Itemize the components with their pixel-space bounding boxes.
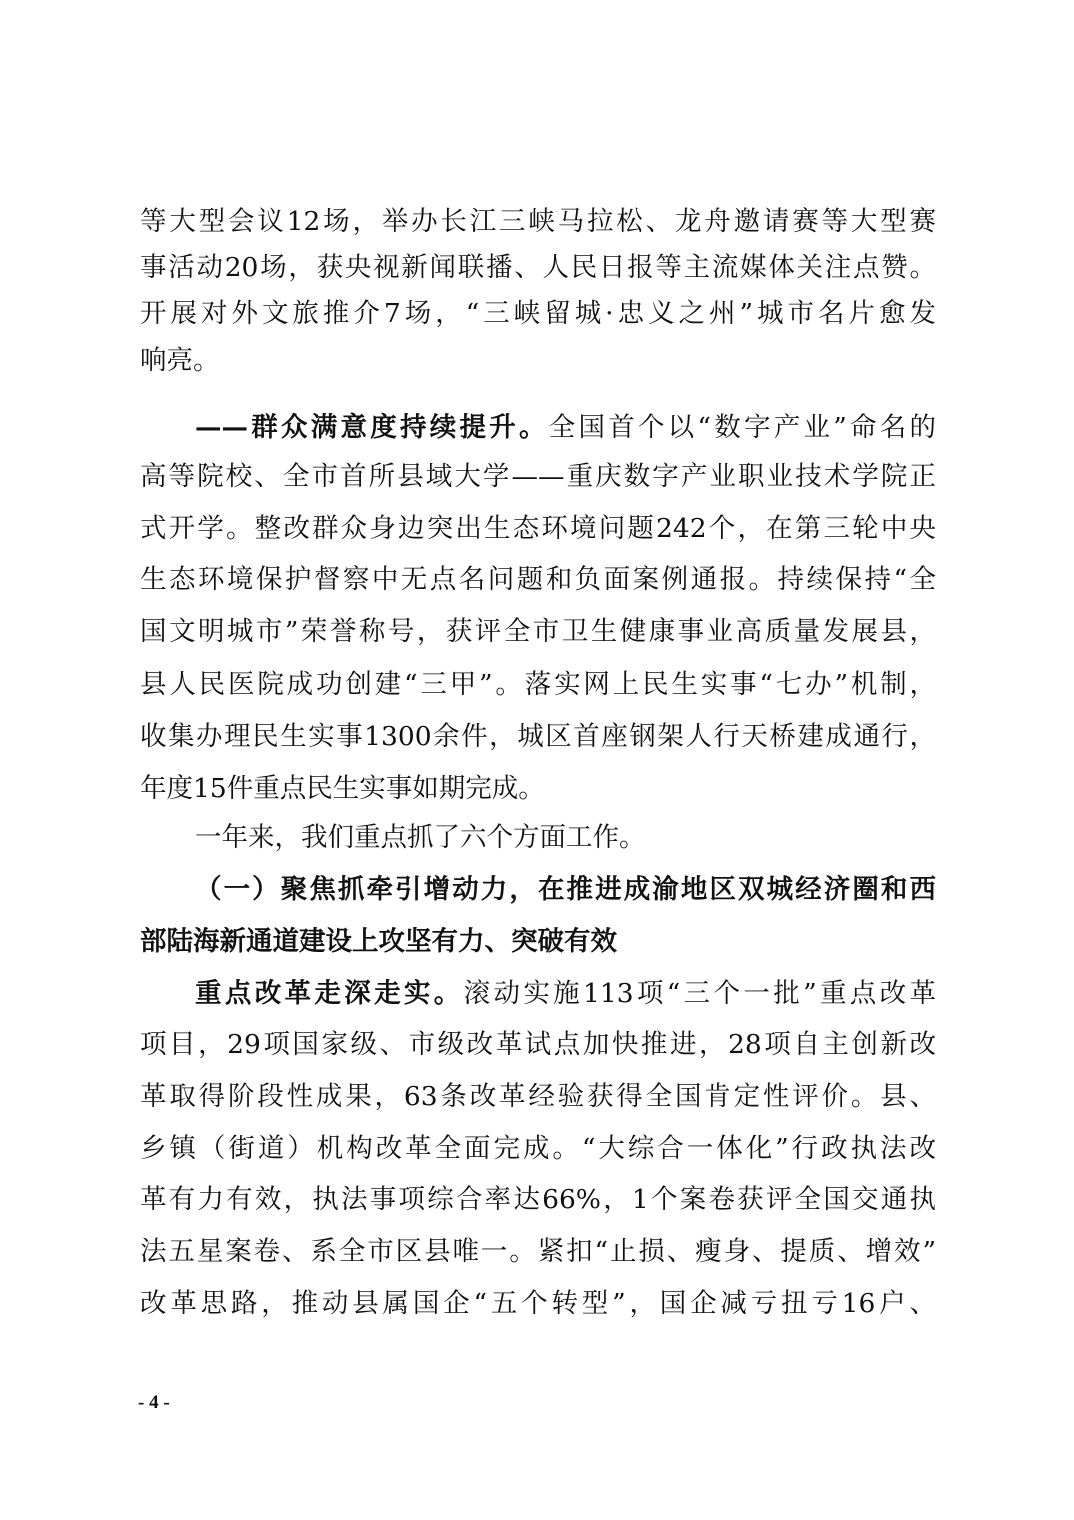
text-line: 法五星案卷、系全市区县唯一。紧扣“止损、瘦身、提质、增效” [140,1237,936,1267]
text-line: 县人民医院成功创建“三甲”。落实网上民生实事“七办”机制， [140,670,936,700]
text-line: 生态环境保护督察中无点名问题和负面案例通报。持续保持“全 [140,565,936,595]
bold-lead: ——群众满意度持续提升。 [195,412,549,443]
text-line: 开展对外文旅推介7场，“三峡留城·忠义之州”城市名片愈发 [140,299,936,329]
text-line: 事活动20场，获央视新闻联播、人民日报等主流媒体关注点赞。 [140,253,936,283]
text-line: 式开学。整改群众身边突出生态环境问题242个，在第三轮中央 [140,514,936,544]
text-line: 国文明城市”荣誉称号，获评全市卫生健康事业高质量发展县， [140,617,936,647]
text-line: 项目，29项国家级、市级改革试点加快推进，28项自主创新改 [140,1030,936,1060]
text-line: 革取得阶段性成果，63条改革经验获得全国肯定性评价。县、 [140,1082,936,1112]
section-heading: 部陆海新通道建设上攻坚有力、突破有效 [140,927,936,957]
section-heading: （一）聚焦抓牵引增动力，在推进成渝地区双城经济圈和西 [195,875,936,905]
text-line: 一年来，我们重点抓了六个方面工作。 [195,823,936,853]
lead-rest: 滚动实施113项“三个一批”重点改革 [464,978,936,1009]
lead-rest: 全国首个以“数字产业”命名的 [549,412,936,443]
text-line: 乡镇（街道）机构改革全面完成。“大综合一体化”行政执法改 [140,1134,936,1164]
bold-lead: 重点改革走深走实。 [195,978,464,1009]
text-line: 收集办理民生实事1300余件，城区首座钢架人行天桥建成通行， [140,722,936,752]
text-line: 高等院校、全市首所县域大学——重庆数字产业职业技术学院正 [140,462,936,492]
text-line: 改革思路，推动县属国企“五个转型”，国企减亏扭亏16户、 [140,1289,936,1319]
page-number: - 4 - [138,1392,170,1414]
text-line: 革有力有效，执法事项综合率达66%，1个案卷获评全国交通执 [140,1185,936,1215]
text-line: 年度15件重点民生实事如期完成。 [140,774,936,804]
text-line: 响亮。 [140,346,936,376]
paragraph-lead: 重点改革走深走实。滚动实施113项“三个一批”重点改革 [195,979,936,1009]
paragraph-lead: ——群众满意度持续提升。全国首个以“数字产业”命名的 [195,413,936,443]
text-line: 等大型会议12场，举办长江三峡马拉松、龙舟邀请赛等大型赛 [140,207,936,237]
